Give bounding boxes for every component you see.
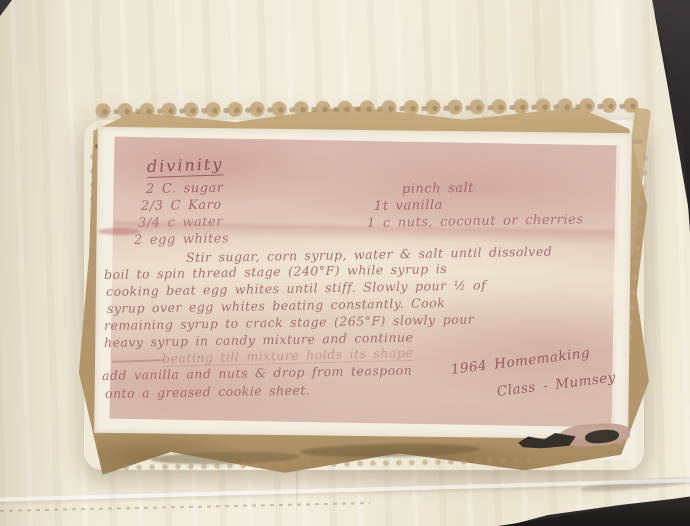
ingredient-water: 3/4 c water: [138, 215, 223, 231]
ingredient-salt: pinch salt: [402, 181, 474, 197]
ingredient-sugar: 2 C. sugar: [146, 181, 224, 197]
ingredient-egg-whites: 2 egg whites: [134, 231, 229, 248]
recipe-title: divinity: [147, 154, 224, 178]
towel-vertical-crease: [296, 470, 298, 526]
ingredient-karo: 2/3 C Karo: [141, 198, 222, 214]
ingredient-vanilla: 1t vanilla: [374, 198, 443, 214]
fabric-shadow-left: [0, 0, 70, 526]
